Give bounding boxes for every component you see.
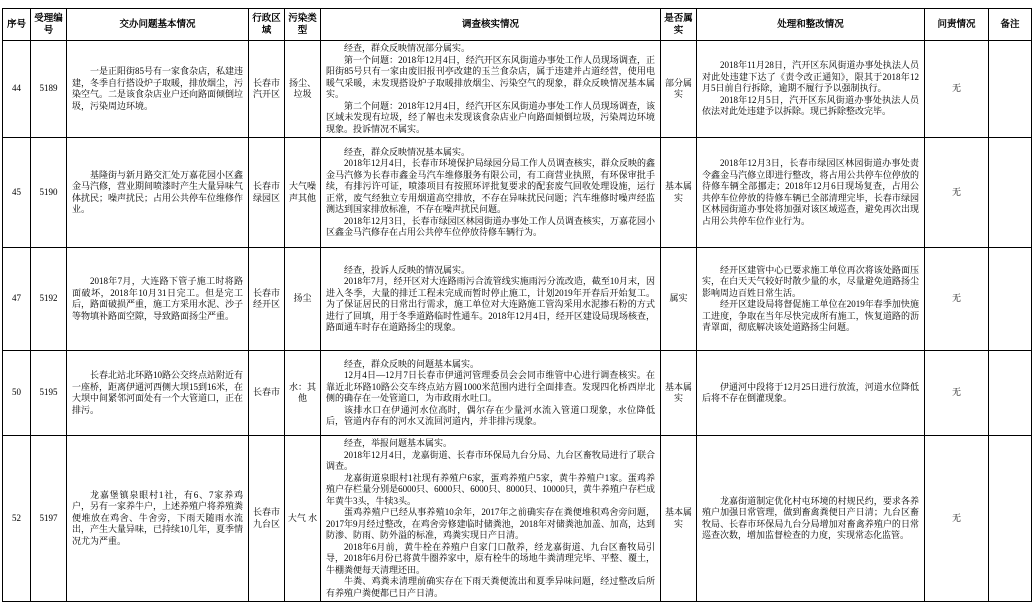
col-header-case-no: 受理编号 [31,9,67,41]
cell-seq: 50 [3,351,31,436]
cell-investigation: 经查，举报问题基本属实。2018年12月4日，龙嘉街道、长春市环保局九台分局、九… [321,436,661,602]
cell-region: 长春市经开区 [249,248,285,351]
cell-remarks [989,41,1032,138]
cell-region: 长春市汽开区 [249,41,285,138]
table-row: 45 5190 基隆街与新月路交汇处万嘉花园小区鑫金马汽修，营业期间喷漆时产生大… [3,138,1032,248]
header-row: 序号 受理编号 交办问题基本情况 行政区域 污染类型 调查核实情况 是否属实 处… [3,9,1032,41]
cell-case-no: 5190 [31,138,67,248]
cell-handling: 2018年11月28日，汽开区东风街道办事处执法人员对此处违建下达了《责令改正通… [697,41,925,138]
cell-remarks [989,351,1032,436]
col-header-handling: 处理和整改情况 [697,9,925,41]
cell-seq: 45 [3,138,31,248]
cell-verified: 部分属实 [661,41,697,138]
col-header-pollution: 污染类型 [285,9,321,41]
col-header-seq: 序号 [3,9,31,41]
cell-pollution: 扬尘、垃圾 [285,41,321,138]
cell-problem: 2018年7月，大连路下管子施工时将路面破坏，2018年10月31日完工。但是完… [67,248,249,351]
cell-seq: 52 [3,436,31,602]
cell-pollution: 水：其他 [285,351,321,436]
cell-problem: 基隆街与新月路交汇处万嘉花园小区鑫金马汽修，营业期间喷漆时产生大量异味气体扰民；… [67,138,249,248]
cell-seq: 44 [3,41,31,138]
table-row: 44 5189 一是正阳街85号有一家食杂店，私建违建，冬季自行搭设炉子取暖，排… [3,41,1032,138]
cell-accountability: 无 [925,436,989,602]
cell-remarks [989,248,1032,351]
cell-investigation: 经查，群众反映的问题基本属实。12月4日—12月7日长春市伊通河管理委员会会同市… [321,351,661,436]
cell-handling: 伊通河中段将于12月25日进行放流，河道水位降低后将不存在倒灌现象。 [697,351,925,436]
col-header-region: 行政区域 [249,9,285,41]
col-header-accountability: 问责情况 [925,9,989,41]
cell-case-no: 5192 [31,248,67,351]
cell-handling: 2018年12月3日，长春市绿园区林园街道办事处责令鑫金马汽修立即进行整改，将占… [697,138,925,248]
cell-case-no: 5197 [31,436,67,602]
cell-verified: 基本属实 [661,351,697,436]
cell-remarks [989,436,1032,602]
cell-problem: 一是正阳街85号有一家食杂店，私建违建，冬季自行搭设炉子取暖，排放烟尘，污染空气… [67,41,249,138]
table-row: 52 5197 龙嘉堡镇泉眼村1社，有6、7家养鸡户，另有一家养牛户，上述养殖户… [3,436,1032,602]
cell-verified: 基本属实 [661,436,697,602]
cell-accountability: 无 [925,138,989,248]
cell-region: 长春市九台区 [249,436,285,602]
col-header-problem: 交办问题基本情况 [67,9,249,41]
cell-investigation: 经查，群众反映情况基本属实。2018年12月4日，长春市环境保护局绿园分局工作人… [321,138,661,248]
cell-verified: 基本属实 [661,138,697,248]
col-header-investigation: 调查核实情况 [321,9,661,41]
cell-pollution: 扬尘 [285,248,321,351]
cell-seq: 47 [3,248,31,351]
cell-investigation: 经查，群众反映情况部分属实。第一个问题：2018年12月4日，经汽开区东风街道办… [321,41,661,138]
cell-handling: 经开区建管中心已要求施工单位再次将该处路面压实，在白天天气较好时散少量的水，尽量… [697,248,925,351]
table-row: 50 5195 长春北站北环路10路公交终点站附近有一座桥，距离伊通河西侧大坝1… [3,351,1032,436]
col-header-remarks: 备注 [989,9,1032,41]
cell-accountability: 无 [925,248,989,351]
cell-case-no: 5195 [31,351,67,436]
cell-verified: 属实 [661,248,697,351]
cell-accountability: 无 [925,351,989,436]
cell-accountability: 无 [925,41,989,138]
cell-region: 长春市 [249,351,285,436]
col-header-verified: 是否属实 [661,9,697,41]
cell-handling: 龙嘉街道制定优化村屯环境的村规民约，要求各养殖户加强日常管理，做到畜禽粪便日产日… [697,436,925,602]
inspection-table: 序号 受理编号 交办问题基本情况 行政区域 污染类型 调查核实情况 是否属实 处… [2,8,1032,602]
cell-pollution: 大气 水 [285,436,321,602]
cell-investigation: 经查，投诉人反映的情况属实。2018年7月，经开区对大连路雨污合流管线实施雨污分… [321,248,661,351]
cell-problem: 龙嘉堡镇泉眼村1社，有6、7家养鸡户，另有一家养牛户，上述养殖户将养殖粪便堆放在… [67,436,249,602]
cell-case-no: 5189 [31,41,67,138]
cell-remarks [989,138,1032,248]
cell-region: 长春市绿园区 [249,138,285,248]
table-row: 47 5192 2018年7月，大连路下管子施工时将路面破坏，2018年10月3… [3,248,1032,351]
cell-pollution: 大气噪声其他 [285,138,321,248]
cell-problem: 长春北站北环路10路公交终点站附近有一座桥，距离伊通河西侧大坝15到16米，在大… [67,351,249,436]
